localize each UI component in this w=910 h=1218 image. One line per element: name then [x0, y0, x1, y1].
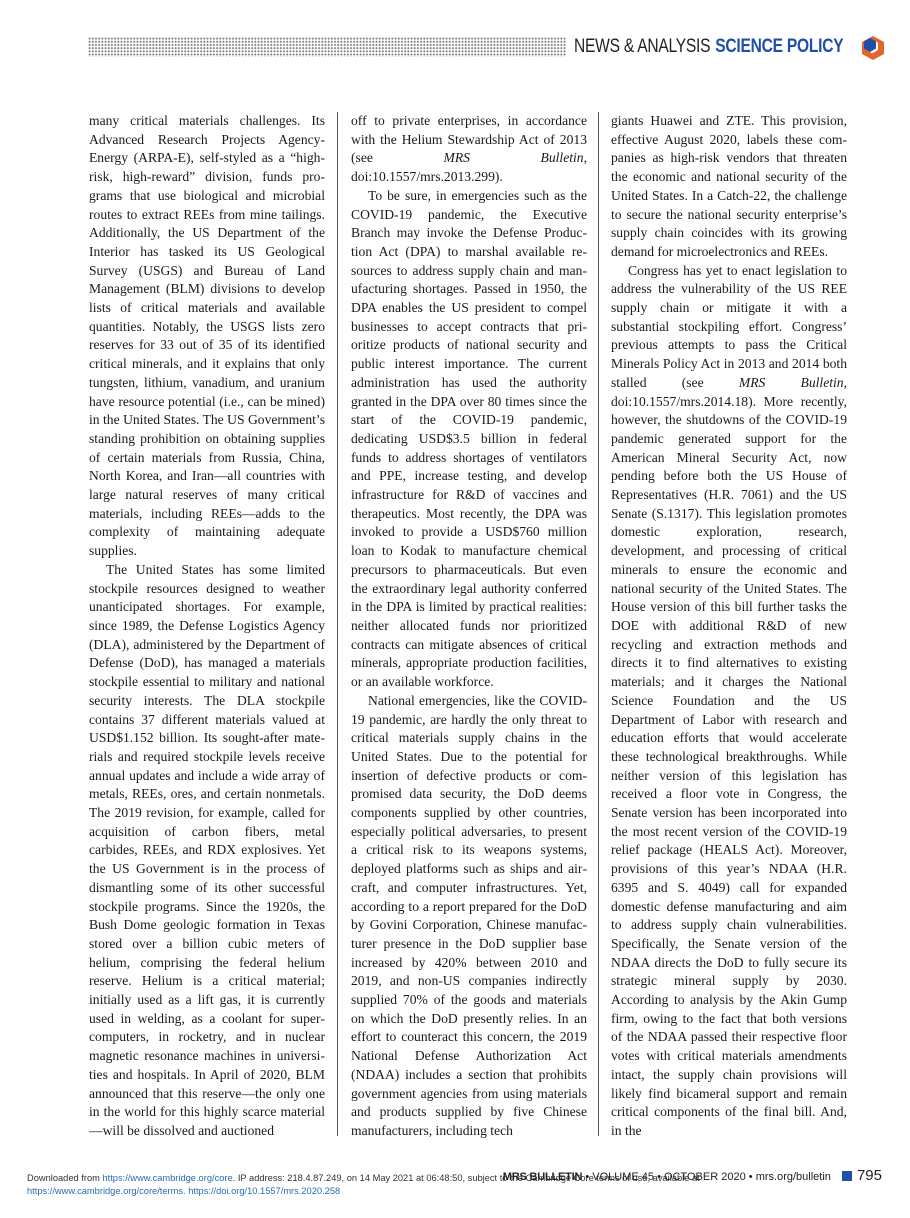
paragraph: National emergencies, like the COVID-19 …	[351, 692, 587, 1141]
article-column-1: many critical materials challenges. Its …	[89, 112, 325, 1141]
paragraph: many critical materials challenges. Its …	[89, 112, 325, 561]
column-divider	[598, 112, 599, 1136]
issue-date: OCTOBER 2020	[664, 1171, 746, 1183]
journal-citation: MRS Bulletin	[739, 375, 844, 390]
column-divider	[337, 112, 338, 1136]
paragraph: Congress has yet to enact legisla­tion t…	[611, 262, 847, 1141]
cambridge-core-link[interactable]: https://www.cambridge.org/core	[102, 1173, 232, 1183]
page-footer: MRS BULLETIN • VOLUME 45 • OCTOBER 2020 …	[503, 1165, 882, 1187]
section-label: NEWS & ANALYSISSCIENCE POLICY	[574, 34, 843, 60]
website: mrs.org/bulletin	[756, 1171, 831, 1183]
article-column-3: giants Huawei and ZTE. This provision, e…	[611, 112, 847, 1141]
paragraph: off to private enterprises, in accordanc…	[351, 112, 587, 187]
dotted-pattern-decoration	[88, 37, 566, 57]
hexagon-logo-icon	[860, 35, 886, 61]
doi-link[interactable]: . https://doi.org/10.1557/mrs.2020.258	[183, 1186, 340, 1196]
paragraph-text: Congress has yet to enact legisla­tion t…	[611, 263, 847, 390]
page-header: NEWS & ANALYSISSCIENCE POLICY	[88, 34, 860, 60]
page-number: 795	[857, 1167, 882, 1184]
paragraph: giants Huawei and ZTE. This provision, e…	[611, 112, 847, 262]
paragraph: The United States has some limited stock…	[89, 561, 325, 1141]
square-marker-icon	[842, 1171, 852, 1181]
journal-citation: MRS Bulletin	[444, 150, 584, 165]
volume: VOLUME 45	[592, 1171, 654, 1183]
paragraph: To be sure, in emergencies such as the C…	[351, 187, 587, 692]
subsection-name: SCIENCE POLICY	[715, 36, 843, 57]
terms-link[interactable]: https://www.cambridge.org/core/terms	[27, 1186, 183, 1196]
paragraph-text: , doi:10.1557/mrs.2014.18). More recentl…	[611, 375, 847, 1138]
article-column-2: off to private enterprises, in accordanc…	[351, 112, 587, 1141]
journal-name: MRS BULLETIN	[503, 1171, 582, 1183]
download-text: Downloaded from	[27, 1173, 102, 1183]
section-name: NEWS & ANALYSIS	[574, 36, 710, 57]
